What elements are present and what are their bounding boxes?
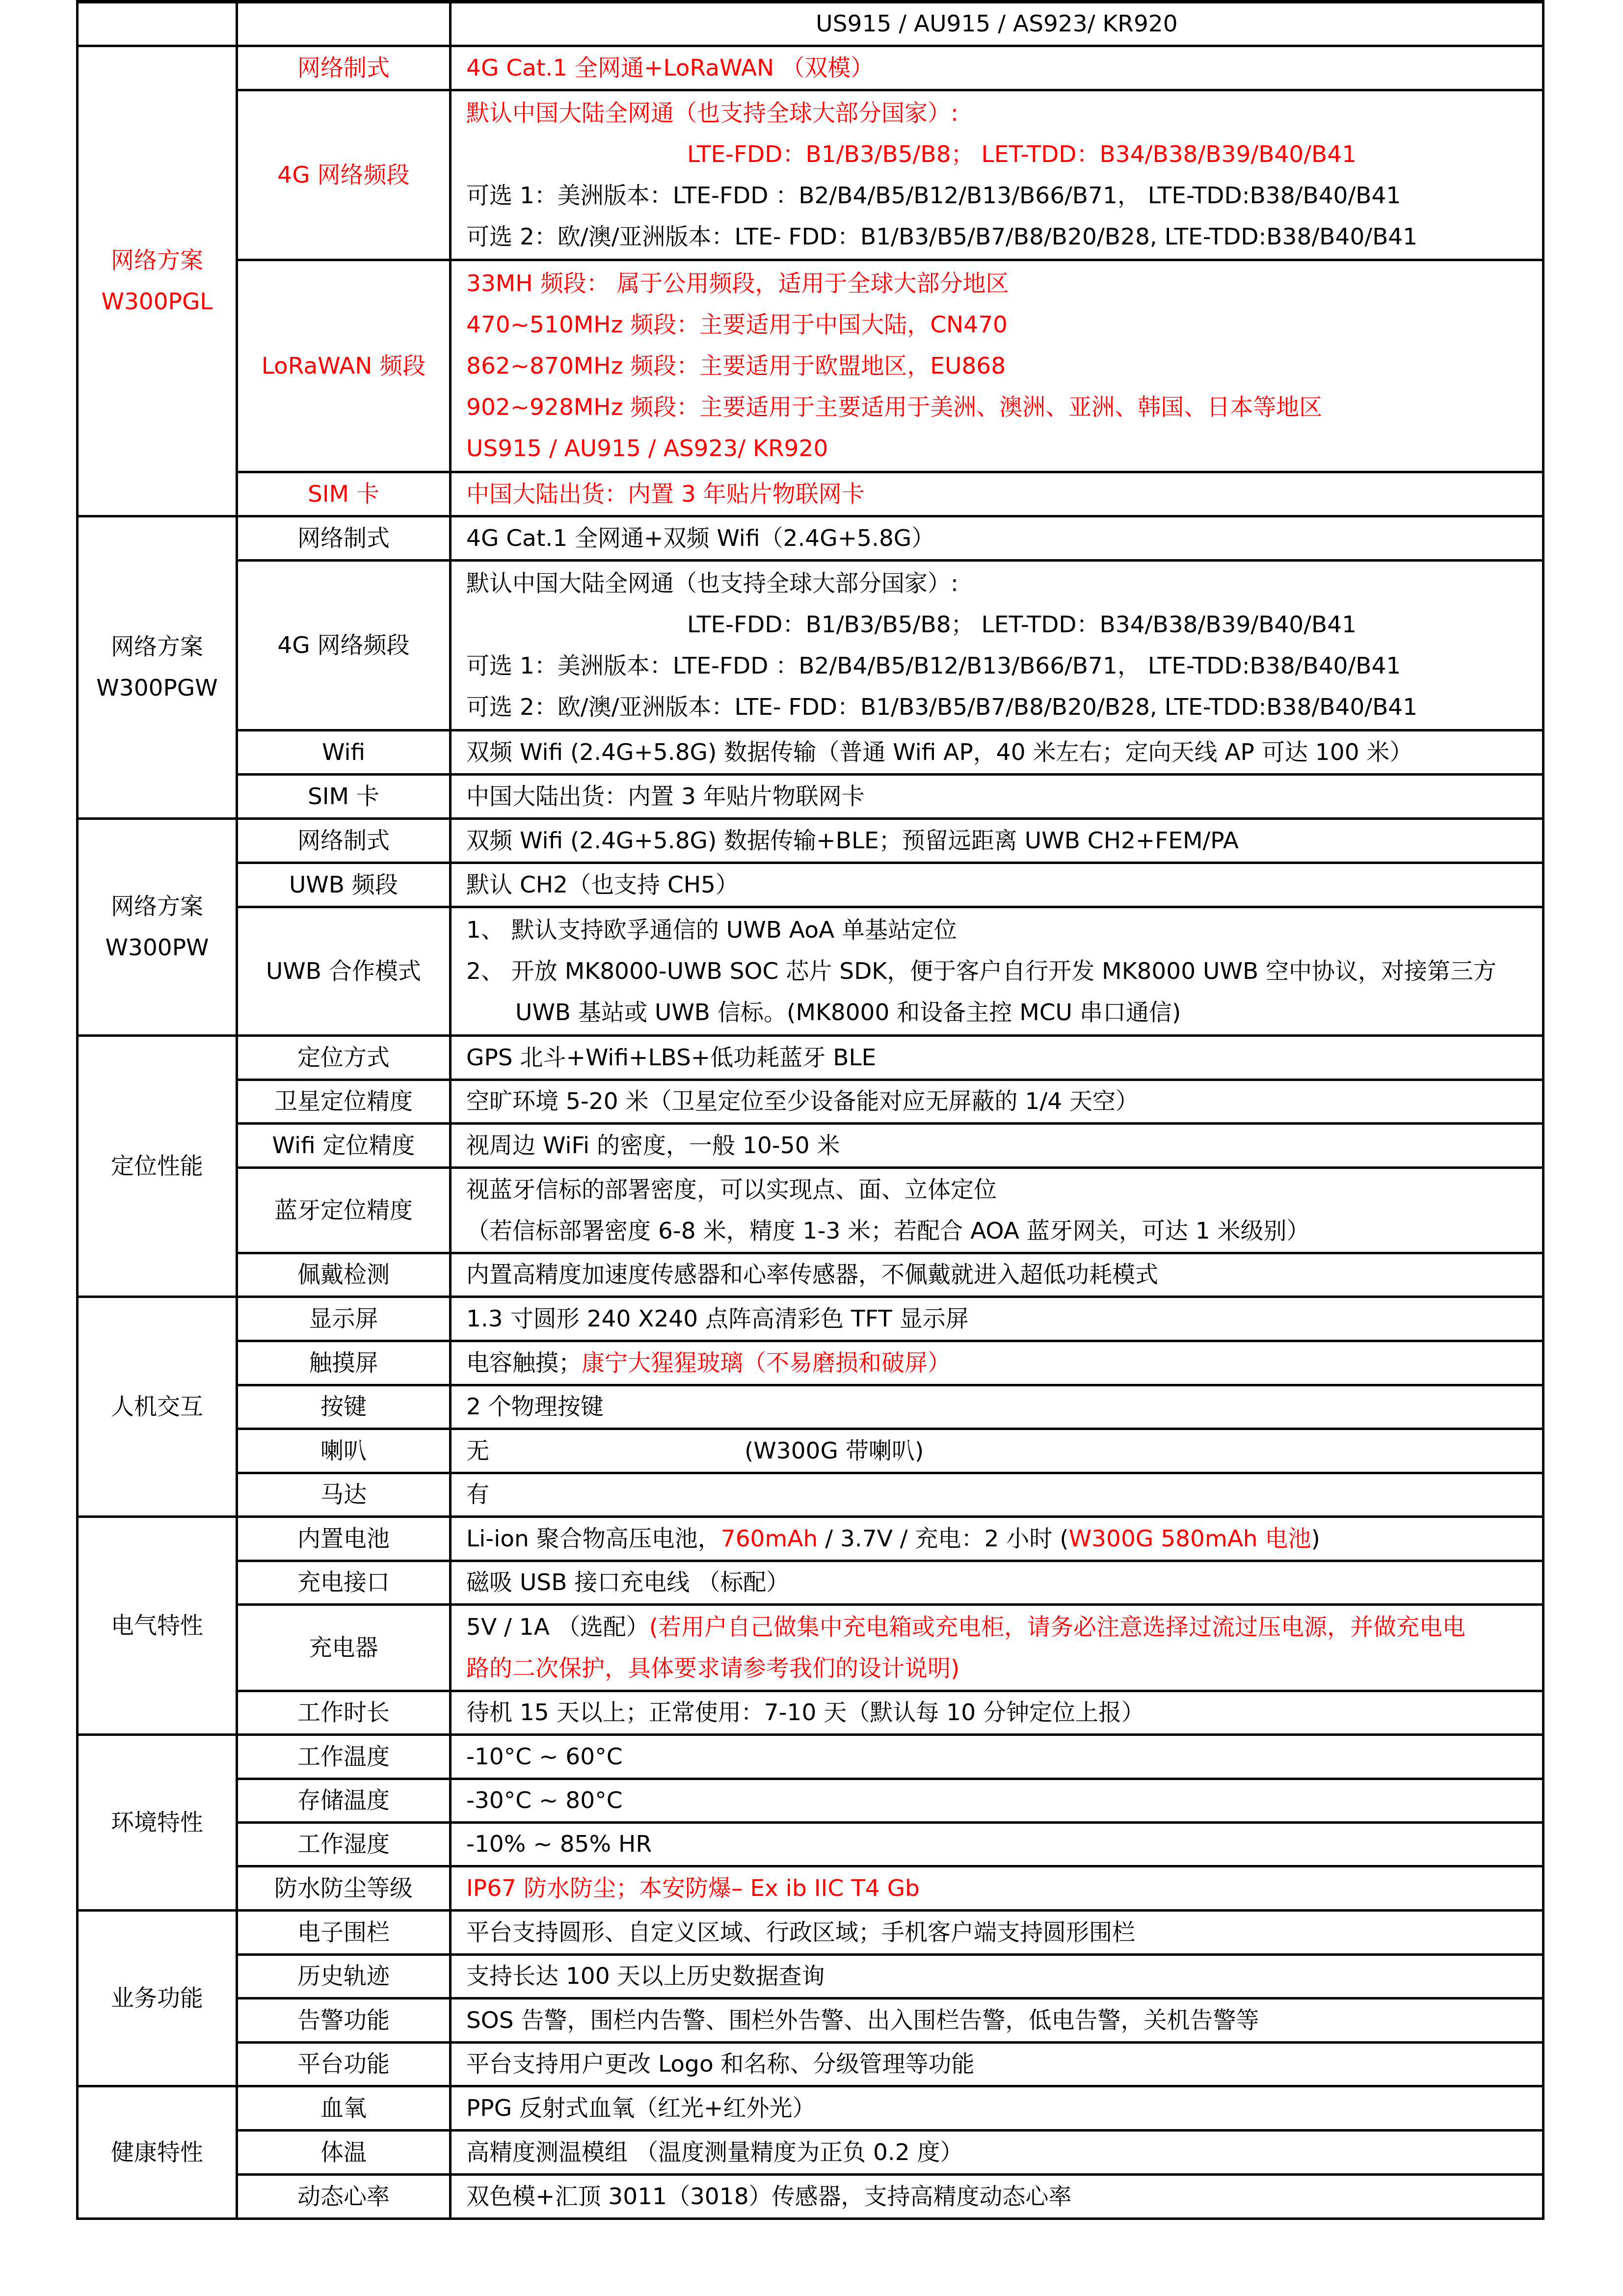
value-line: 可选 2：欧/澳/亚洲版本：LTE- FDD：B1/B3/B5/B7/B8/B2…: [466, 216, 1542, 258]
label-cell: Wifi: [237, 730, 451, 775]
value-cell: 视蓝牙信标的部署密度，可以实现点、面、立体定位 （若信标部署密度 6-8 米，精…: [451, 1168, 1543, 1253]
value-cell: 支持长达 100 天以上历史数据查询: [451, 1955, 1543, 1999]
label-cell: 佩戴检测: [237, 1253, 451, 1297]
label-cell: 充电器: [237, 1605, 451, 1691]
table-row: 告警功能 SOS 告警，围栏内告警、围栏外告警、出入围栏告警，低电告警，关机告警…: [78, 1999, 1543, 2043]
value-cell: 4G Cat.1 全网通+LoRaWAN （双模）: [451, 46, 1543, 90]
value-cell: 5V / 1A （选配）(若用户自己做集中充电箱或充电柜，请务必注意选择过流过压…: [451, 1605, 1543, 1691]
value-cell: 视周边 WiFi 的密度，一般 10-50 米: [451, 1124, 1543, 1168]
value-cell: US915 / AU915 / AS923/ KR920: [451, 2, 1543, 46]
label-cell: SIM 卡: [237, 472, 451, 516]
value-cell: 2 个物理按键: [451, 1385, 1543, 1429]
value-line: 默认中国大陆全网通（也支持全球大部分国家）:: [466, 563, 1542, 604]
table-row: UWB 频段 默认 CH2（也支持 CH5）: [78, 863, 1543, 907]
table-row: SIM 卡 中国大陆出货：内置 3 年贴片物联网卡: [78, 472, 1543, 516]
table-row: 佩戴检测 内置高精度加速度传感器和心率传感器，不佩戴就进入超低功耗模式: [78, 1253, 1543, 1297]
label-cell: [237, 2, 451, 46]
value-line: 902~928MHz 频段：主要适用于主要适用于美洲、澳洲、亚洲、韩国、日本等地…: [466, 387, 1542, 428]
value-line: 默认中国大陆全网通（也支持全球大部分国家）:: [466, 93, 1542, 134]
value-cell: 无(W300G 带喇叭): [451, 1429, 1543, 1473]
label-cell: 存储温度: [237, 1779, 451, 1823]
table-row: 喇叭 无(W300G 带喇叭): [78, 1429, 1543, 1473]
value-highlight: 760mAh: [721, 1525, 818, 1552]
value-text: 5V / 1A （选配）: [466, 1614, 649, 1641]
value-line: （若信标部署密度 6-8 米，精度 1-3 米；若配合 AOA 蓝牙网关，可达 …: [466, 1211, 1542, 1252]
value-cell: 平台支持圆形、自定义区域、行政区域；手机客户端支持圆形围栏: [451, 1911, 1543, 1955]
category-cell-w300pgw: 网络方案 W300PGW: [78, 516, 237, 819]
value-line: 5V / 1A （选配）(若用户自己做集中充电箱或充电柜，请务必注意选择过流过压…: [466, 1607, 1542, 1648]
label-cell: 工作湿度: [237, 1823, 451, 1866]
table-row: SIM 卡 中国大陆出货：内置 3 年贴片物联网卡: [78, 775, 1543, 819]
value-cell: IP67 防水防尘；本安防爆– Ex ib IIC T4 Gb: [451, 1866, 1543, 1911]
label-cell: 防水防尘等级: [237, 1866, 451, 1911]
label-cell: 喇叭: [237, 1429, 451, 1473]
value-cell: 待机 15 天以上；正常使用：7-10 天（默认每 10 分钟定位上报）: [451, 1691, 1543, 1735]
value-cell: SOS 告警，围栏内告警、围栏外告警、出入围栏告警，低电告警，关机告警等: [451, 1999, 1543, 2043]
value-line: 33MH 频段： 属于公用频段，适用于全球大部分地区: [466, 263, 1542, 304]
value-cell: 1.3 寸圆形 240 X240 点阵高清彩色 TFT 显示屏: [451, 1297, 1543, 1341]
value-cell: 33MH 频段： 属于公用频段，适用于全球大部分地区 470~510MHz 频段…: [451, 260, 1543, 472]
label-cell: 4G 网络频段: [237, 561, 451, 730]
value-cell: 双色模+汇顶 3011（3018）传感器，支持高精度动态心率: [451, 2175, 1543, 2219]
value-cell: 默认中国大陆全网通（也支持全球大部分国家）: LTE-FDD：B1/B3/B5/…: [451, 90, 1543, 260]
value-text: Li-ion 聚合物高压电池，: [466, 1525, 721, 1552]
category-model: W300PGW: [79, 668, 236, 709]
value-cell: 中国大陆出货：内置 3 年贴片物联网卡: [451, 472, 1543, 516]
value-note: (W300G 带喇叭): [745, 1437, 924, 1464]
value-highlight: W300G 580mAh 电池: [1069, 1525, 1311, 1552]
label-cell: 显示屏: [237, 1297, 451, 1341]
value-line: 可选 1：美洲版本：LTE-FDD ：B2/B4/B5/B12/B13/B66/…: [466, 646, 1542, 687]
category-cell-electrical: 电气特性: [78, 1517, 237, 1735]
label-cell: 4G 网络频段: [237, 90, 451, 260]
category-cell-positioning: 定位性能: [78, 1036, 237, 1297]
category-cell: [78, 2, 237, 46]
label-cell: 触摸屏: [237, 1341, 451, 1385]
value-line: LTE-FDD：B1/B3/B5/B8； LET-TDD：B34/B38/B39…: [466, 134, 1542, 175]
category-cell-w300pw: 网络方案 W300PW: [78, 819, 237, 1036]
table-row: 网络方案 W300PGW 网络制式 4G Cat.1 全网通+双频 Wifi（2…: [78, 516, 1543, 561]
label-cell: 马达: [237, 1473, 451, 1517]
value-line: 视蓝牙信标的部署密度，可以实现点、面、立体定位: [466, 1169, 1542, 1211]
value-cell: 双频 Wifi (2.4G+5.8G) 数据传输+BLE；预留远距离 UWB C…: [451, 819, 1543, 863]
value-cell: 4G Cat.1 全网通+双频 Wifi（2.4G+5.8G）: [451, 516, 1543, 561]
table-row: 业务功能 电子围栏 平台支持圆形、自定义区域、行政区域；手机客户端支持圆形围栏: [78, 1911, 1543, 1955]
value-text: 电容触摸；: [466, 1350, 582, 1377]
value-line: 862~870MHz 频段：主要适用于欧盟地区，EU868: [466, 346, 1542, 387]
value-line: 路的二次保护，具体要求请参考我们的设计说明): [466, 1648, 1542, 1689]
label-cell: 体温: [237, 2131, 451, 2175]
value-cell: 默认中国大陆全网通（也支持全球大部分国家）: LTE-FDD：B1/B3/B5/…: [451, 561, 1543, 730]
table-row: Wifi 定位精度 视周边 WiFi 的密度，一般 10-50 米: [78, 1124, 1543, 1168]
value-cell: 有: [451, 1473, 1543, 1517]
value-cell: -10% ~ 85% HR: [451, 1823, 1543, 1866]
label-cell: UWB 合作模式: [237, 907, 451, 1036]
value-cell: 空旷环境 5-20 米（卫星定位至少设备能对应无屏蔽的 1/4 天空）: [451, 1080, 1543, 1124]
label-cell: 定位方式: [237, 1036, 451, 1080]
table-row: 充电器 5V / 1A （选配）(若用户自己做集中充电箱或充电柜，请务必注意选择…: [78, 1605, 1543, 1691]
label-cell: 动态心率: [237, 2175, 451, 2219]
table-row: 防水防尘等级 IP67 防水防尘；本安防爆– Ex ib IIC T4 Gb: [78, 1866, 1543, 1911]
value-cell: 高精度测温模组 （温度测量精度为正负 0.2 度）: [451, 2131, 1543, 2175]
spec-table: US915 / AU915 / AS923/ KR920 网络方案 W300PG…: [76, 0, 1544, 2220]
label-cell: 历史轨迹: [237, 1955, 451, 1999]
value-line: US915 / AU915 / AS923/ KR920: [466, 428, 1542, 469]
value-cell: 默认 CH2（也支持 CH5）: [451, 863, 1543, 907]
table-row: 电气特性 内置电池 Li-ion 聚合物高压电池，760mAh / 3.7V /…: [78, 1517, 1543, 1561]
label-cell: 充电接口: [237, 1561, 451, 1605]
table-row: 平台功能 平台支持用户更改 Logo 和名称、分级管理等功能: [78, 2043, 1543, 2086]
value-highlight: 康宁大猩猩玻璃（不易磨损和破屏）: [582, 1350, 951, 1377]
label-cell: SIM 卡: [237, 775, 451, 819]
category-model: W300PW: [79, 927, 236, 969]
table-row: 4G 网络频段 默认中国大陆全网通（也支持全球大部分国家）: LTE-FDD：B…: [78, 90, 1543, 260]
category-cell-environment: 环境特性: [78, 1735, 237, 1911]
table-row: 蓝牙定位精度 视蓝牙信标的部署密度，可以实现点、面、立体定位 （若信标部署密度 …: [78, 1168, 1543, 1253]
table-row: 体温 高精度测温模组 （温度测量精度为正负 0.2 度）: [78, 2131, 1543, 2175]
value-cell: -10°C ~ 60°C: [451, 1735, 1543, 1779]
table-row: 定位性能 定位方式 GPS 北斗+Wifi+LBS+低功耗蓝牙 BLE: [78, 1036, 1543, 1080]
category-cell-w300pgl: 网络方案 W300PGL: [78, 46, 237, 516]
label-cell: 按键: [237, 1385, 451, 1429]
label-cell: 内置电池: [237, 1517, 451, 1561]
value-cell: 电容触摸；康宁大猩猩玻璃（不易磨损和破屏）: [451, 1341, 1543, 1385]
label-cell: 网络制式: [237, 819, 451, 863]
table-row: 按键 2 个物理按键: [78, 1385, 1543, 1429]
label-cell: 工作时长: [237, 1691, 451, 1735]
table-row: 4G 网络频段 默认中国大陆全网通（也支持全球大部分国家）: LTE-FDD：B…: [78, 561, 1543, 730]
value-line: 可选 2：欧/澳/亚洲版本：LTE- FDD：B1/B3/B5/B7/B8/B2…: [466, 687, 1542, 728]
value-line: 可选 1：美洲版本：LTE-FDD ：B2/B4/B5/B12/B13/B66/…: [466, 175, 1542, 216]
value-text: 无: [466, 1437, 489, 1464]
category-name: 网络方案: [79, 626, 236, 668]
label-cell: 工作温度: [237, 1735, 451, 1779]
value-cell: 中国大陆出货：内置 3 年贴片物联网卡: [451, 775, 1543, 819]
table-row: 卫星定位精度 空旷环境 5-20 米（卫星定位至少设备能对应无屏蔽的 1/4 天…: [78, 1080, 1543, 1124]
label-cell: UWB 频段: [237, 863, 451, 907]
value-text: ): [1311, 1525, 1320, 1552]
table-row: 健康特性 血氧 PPG 反射式血氧（红光+红外光）: [78, 2086, 1543, 2131]
value-highlight: (若用户自己做集中充电箱或充电柜，请务必注意选择过流过压电源，并做充电电: [649, 1614, 1465, 1641]
value-cell: 1、 默认支持欧孚通信的 UWB AoA 单基站定位 2、 开放 MK8000-…: [451, 907, 1543, 1036]
category-model: W300PGL: [79, 281, 236, 323]
category-cell-hmi: 人机交互: [78, 1297, 237, 1517]
value-cell: 平台支持用户更改 Logo 和名称、分级管理等功能: [451, 2043, 1543, 2086]
label-cell: 卫星定位精度: [237, 1080, 451, 1124]
label-cell: 网络制式: [237, 516, 451, 561]
value-cell: 磁吸 USB 接口充电线 （标配）: [451, 1561, 1543, 1605]
value-cell: PPG 反射式血氧（红光+红外光）: [451, 2086, 1543, 2131]
label-cell: 平台功能: [237, 2043, 451, 2086]
value-cell: Li-ion 聚合物高压电池，760mAh / 3.7V / 充电：2 小时 (…: [451, 1517, 1543, 1561]
value-line: LTE-FDD：B1/B3/B5/B8； LET-TDD：B34/B38/B39…: [466, 604, 1542, 646]
label-cell: LoRaWAN 频段: [237, 260, 451, 472]
value-text: / 3.7V / 充电：2 小时 (: [818, 1525, 1068, 1552]
category-cell-health: 健康特性: [78, 2086, 237, 2219]
value-cell: 内置高精度加速度传感器和心率传感器，不佩戴就进入超低功耗模式: [451, 1253, 1543, 1297]
value-cell: GPS 北斗+Wifi+LBS+低功耗蓝牙 BLE: [451, 1036, 1543, 1080]
label-cell: 血氧: [237, 2086, 451, 2131]
label-cell: 告警功能: [237, 1999, 451, 2043]
table-row: 动态心率 双色模+汇顶 3011（3018）传感器，支持高精度动态心率: [78, 2175, 1543, 2219]
category-name: 网络方案: [79, 240, 236, 281]
category-cell-business: 业务功能: [78, 1911, 237, 2086]
table-row: 环境特性 工作温度 -10°C ~ 60°C: [78, 1735, 1543, 1779]
label-cell: 电子围栏: [237, 1911, 451, 1955]
table-row: 触摸屏 电容触摸；康宁大猩猩玻璃（不易磨损和破屏）: [78, 1341, 1543, 1385]
label-cell: 网络制式: [237, 46, 451, 90]
value-line: 2、 开放 MK8000-UWB SOC 芯片 SDK，便于客户自行开发 MK8…: [466, 951, 1542, 992]
table-row: Wifi 双频 Wifi (2.4G+5.8G) 数据传输（普通 Wifi AP…: [78, 730, 1543, 775]
value-line: 470~510MHz 频段：主要适用于中国大陆，CN470: [466, 304, 1542, 346]
value-cell: -30°C ~ 80°C: [451, 1779, 1543, 1823]
table-row: 存储温度 -30°C ~ 80°C: [78, 1779, 1543, 1823]
table-row: 网络方案 W300PGL 网络制式 4G Cat.1 全网通+LoRaWAN （…: [78, 46, 1543, 90]
category-name: 网络方案: [79, 886, 236, 927]
table-row: 网络方案 W300PW 网络制式 双频 Wifi (2.4G+5.8G) 数据传…: [78, 819, 1543, 863]
table-row: 工作时长 待机 15 天以上；正常使用：7-10 天（默认每 10 分钟定位上报…: [78, 1691, 1543, 1735]
table-row: LoRaWAN 频段 33MH 频段： 属于公用频段，适用于全球大部分地区 47…: [78, 260, 1543, 472]
table-row: 工作湿度 -10% ~ 85% HR: [78, 1823, 1543, 1866]
value-cell: 双频 Wifi (2.4G+5.8G) 数据传输（普通 Wifi AP，40 米…: [451, 730, 1543, 775]
table-row: 历史轨迹 支持长达 100 天以上历史数据查询: [78, 1955, 1543, 1999]
table-row: 人机交互 显示屏 1.3 寸圆形 240 X240 点阵高清彩色 TFT 显示屏: [78, 1297, 1543, 1341]
value-line: 1、 默认支持欧孚通信的 UWB AoA 单基站定位: [466, 910, 1542, 951]
table-row: US915 / AU915 / AS923/ KR920: [78, 2, 1543, 46]
label-cell: 蓝牙定位精度: [237, 1168, 451, 1253]
label-cell: Wifi 定位精度: [237, 1124, 451, 1168]
table-row: 充电接口 磁吸 USB 接口充电线 （标配）: [78, 1561, 1543, 1605]
value-line: UWB 基站或 UWB 信标。(MK8000 和设备主控 MCU 串口通信): [466, 992, 1542, 1033]
table-row: 马达 有: [78, 1473, 1543, 1517]
table-row: UWB 合作模式 1、 默认支持欧孚通信的 UWB AoA 单基站定位 2、 开…: [78, 907, 1543, 1036]
